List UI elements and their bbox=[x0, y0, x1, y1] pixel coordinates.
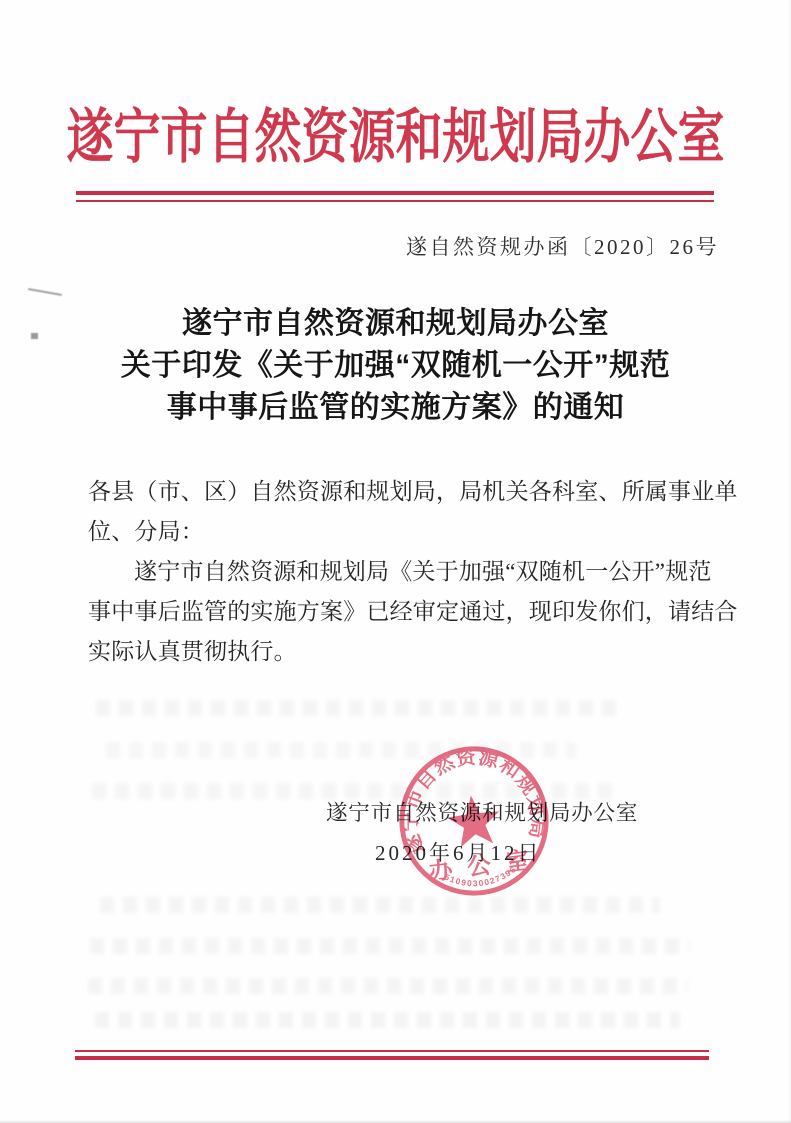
bleed-through-artifact bbox=[95, 1012, 680, 1028]
bleed-through-artifact bbox=[96, 700, 616, 716]
body-line: 遂宁市自然资源和规划局《关于加强“双随机一公开”规范 bbox=[88, 552, 720, 592]
bleed-through-artifact bbox=[88, 978, 688, 994]
bleed-through-artifact bbox=[100, 897, 660, 913]
footer-rule-thick bbox=[75, 1056, 709, 1060]
document-title-line-2: 关于印发《关于加强“双随机一公开”规范 bbox=[0, 345, 791, 387]
letterhead-org-name: 遂宁市自然资源和规划局办公室 bbox=[0, 93, 791, 184]
bleed-through-artifact bbox=[90, 938, 690, 954]
body-line: 实际认真贯彻执行。 bbox=[88, 632, 720, 672]
body-line: 各县（市、区）自然资源和规划局，局机关各科室、所属事业单 bbox=[88, 472, 720, 512]
official-seal: 遂宁市自然资源和规划局 办公室 5109030027396 bbox=[386, 733, 562, 909]
header-rule-thin bbox=[76, 200, 714, 202]
seal-star-icon bbox=[445, 792, 503, 848]
document-body: 各县（市、区）自然资源和规划局，局机关各科室、所属事业单 位、分局： 遂宁市自然… bbox=[88, 472, 720, 672]
document-title-line-1: 遂宁市自然资源和规划局办公室 bbox=[0, 303, 791, 345]
body-line: 事中事后监管的实施方案》已经审定通过，现印发你们，请结合 bbox=[88, 592, 720, 632]
document-title-line-3: 事中事后监管的实施方案》的通知 bbox=[0, 387, 791, 429]
document-number: 遂自然资规办函〔2020〕26号 bbox=[0, 231, 791, 261]
document-title: 遂宁市自然资源和规划局办公室 关于印发《关于加强“双随机一公开”规范 事中事后监… bbox=[0, 303, 791, 429]
header-rule-thick bbox=[76, 191, 714, 195]
footer-rule-thin bbox=[75, 1050, 709, 1052]
body-line: 位、分局： bbox=[88, 512, 720, 552]
pencil-scribble-artifact bbox=[31, 333, 38, 339]
pencil-scribble-artifact bbox=[28, 288, 62, 296]
scanned-official-document: 遂宁市自然资源和规划局办公室 遂自然资规办函〔2020〕26号 遂宁市自然资源和… bbox=[0, 0, 791, 1123]
